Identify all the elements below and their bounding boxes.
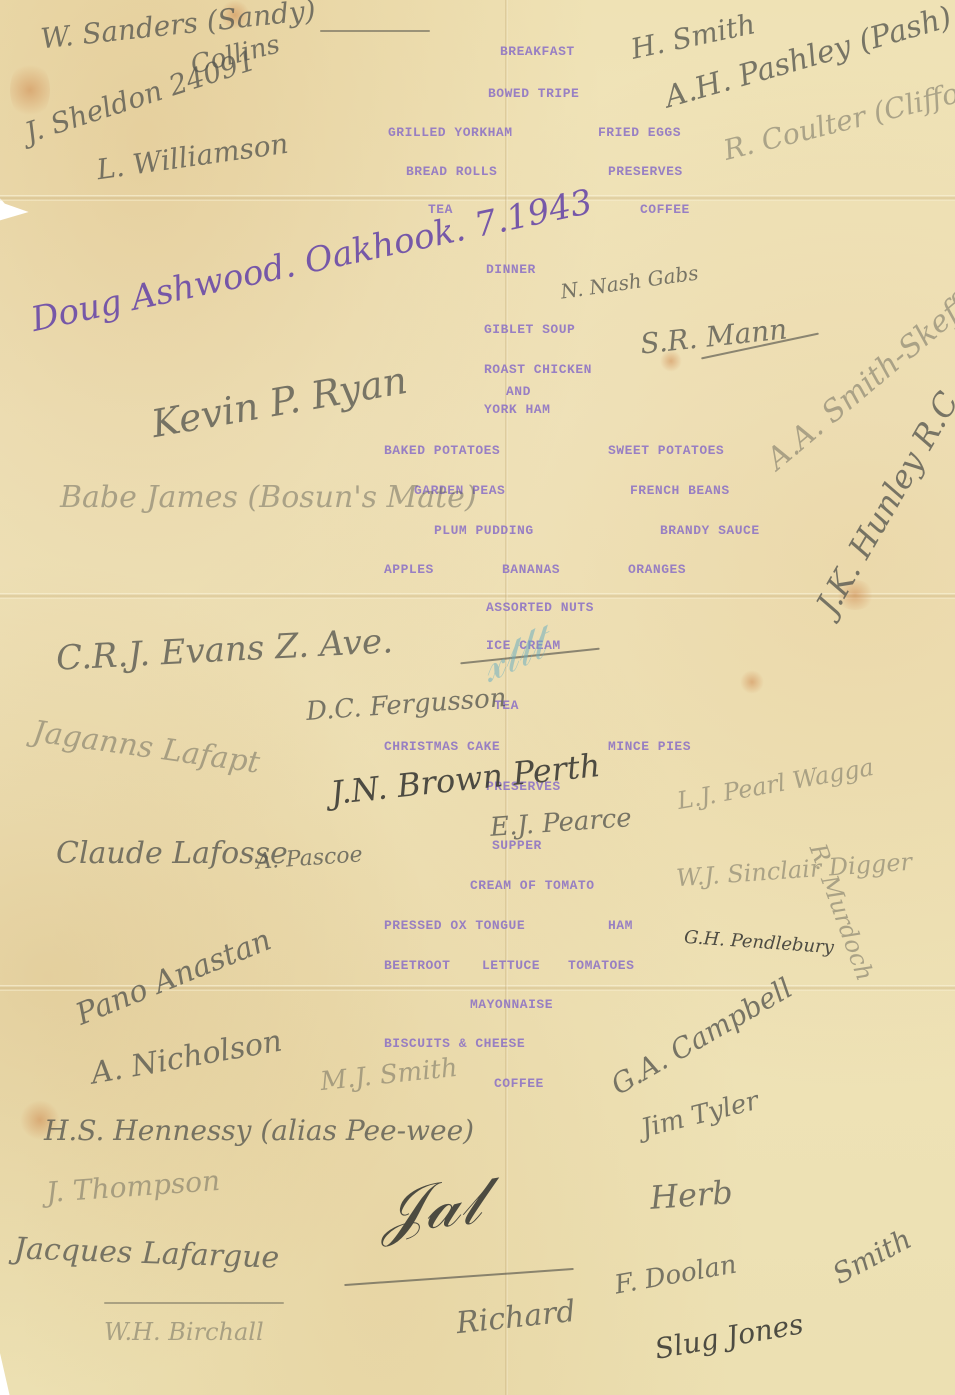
menu-item: LETTUCE — [482, 958, 540, 973]
menu-item: APPLES — [384, 562, 434, 577]
stain — [740, 670, 764, 694]
menu-item: FRIED EGGS — [598, 125, 681, 140]
signature: Claude Lafosse — [56, 836, 288, 871]
menu-item: BANANAS — [502, 562, 560, 577]
paper-fold — [0, 195, 955, 201]
menu-heading-breakfast: BREAKFAST — [500, 44, 575, 59]
signature: Babe James (Bosun's Mate) — [60, 480, 477, 515]
menu-item: BISCUITS & CHEESE — [384, 1036, 525, 1051]
signature-scribble: 𝒥𝒶𝓁 — [376, 1165, 484, 1249]
menu-item: GIBLET SOUP — [484, 322, 575, 337]
menu-item: ASSORTED NUTS — [486, 600, 594, 615]
menu-item: BEETROOT — [384, 958, 450, 973]
signature-underline — [320, 30, 430, 32]
menu-item: BOWED TRIPE — [488, 86, 579, 101]
menu-item: PLUM PUDDING — [434, 523, 534, 538]
menu-item: FRENCH BEANS — [630, 483, 730, 498]
menu-item: CHRISTMAS CAKE — [384, 739, 500, 754]
menu-item: AND — [506, 384, 531, 399]
menu-item: COFFEE — [640, 202, 690, 217]
menu-item: BREAD ROLLS — [406, 164, 497, 179]
menu-item: COFFEE — [494, 1076, 544, 1091]
menu-item: PRESERVES — [608, 164, 683, 179]
signature-underline — [104, 1302, 284, 1304]
menu-item: SWEET POTATOES — [608, 443, 724, 458]
menu-item: TOMATOES — [568, 958, 634, 973]
signature: Herb — [649, 1173, 734, 1217]
menu-item: ROAST CHICKEN — [484, 362, 592, 377]
signature: H.S. Hennessy (alias Pee-wee) — [44, 1114, 474, 1147]
menu-item: ORANGES — [628, 562, 686, 577]
menu-item: BRANDY SAUCE — [660, 523, 760, 538]
menu-item: MAYONNAISE — [470, 997, 553, 1012]
menu-item: BAKED POTATOES — [384, 443, 500, 458]
menu-heading-dinner: DINNER — [486, 262, 536, 277]
signature: W.H. Birchall — [104, 1318, 264, 1346]
menu-item: YORK HAM — [484, 402, 550, 417]
menu-item: PRESSED OX TONGUE — [384, 918, 525, 933]
menu-item: HAM — [608, 918, 633, 933]
menu-item: CREAM OF TOMATO — [470, 878, 595, 893]
menu-item: MINCE PIES — [608, 739, 691, 754]
menu-item: GRILLED YORKHAM — [388, 125, 513, 140]
